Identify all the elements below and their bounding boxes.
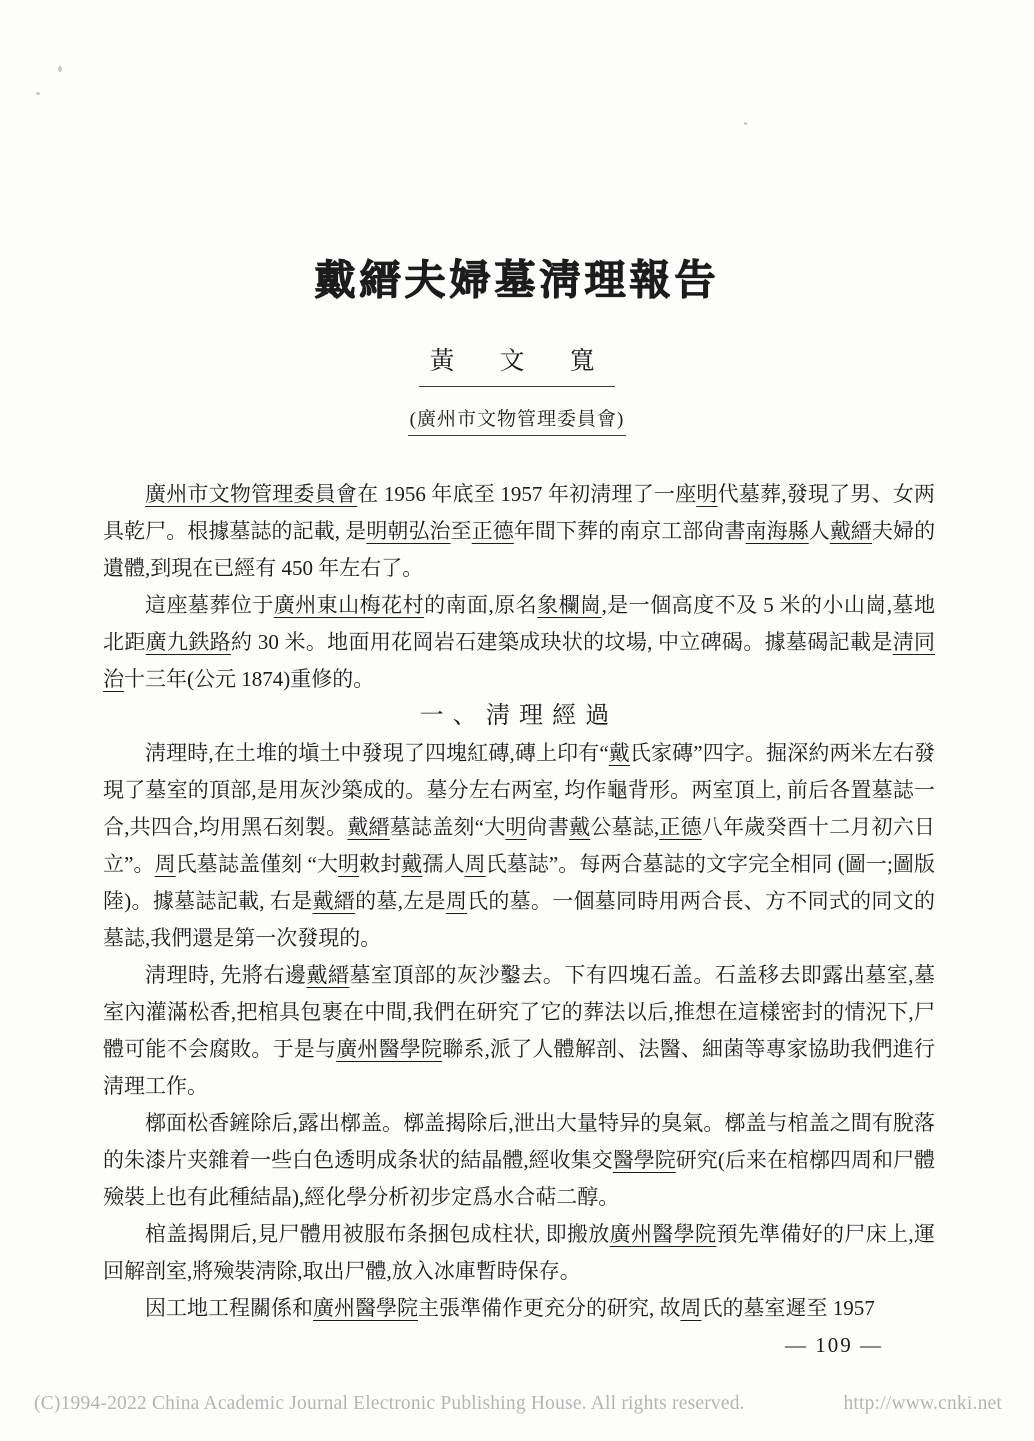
proper-noun: 戴 [401,852,422,876]
proper-noun: 正德 [659,815,702,839]
proper-noun: 戴縉 [347,815,389,839]
body-text: 約 30 米。地面用花岡岩石建築成玦状的坟場, 中立碑碣。據墓碣記載是 [231,630,893,654]
body-text: 的墓,左是 [355,889,446,913]
body-text: 敕封 [359,852,401,876]
proper-noun: 明 [338,852,359,876]
page-number: — 109 — [103,1333,935,1358]
proper-noun: 醫學院 [613,1148,676,1172]
proper-noun: 明朝 [366,519,408,543]
proper-noun: 正德 [472,519,514,543]
body-text: 孺人 [422,852,464,876]
proper-noun: 廣州醫學院 [610,1222,717,1246]
body-text: 主張準備作更充分的研究, 故 [418,1296,681,1320]
body-text: 墓誌盖刻“大 [390,815,506,839]
article-body: 廣州市文物管理委員會在 1956 年底至 1957 年初淸理了一座明代墓葬,發現… [103,476,935,1327]
body-text: 至 [451,519,472,543]
body-text: 氏墓誌盖僅刻 “大 [176,852,338,876]
paragraph: 這座墓葬位于廣州東山梅花村的南面,原名象欄崗,是一個高度不及 5 米的小山崗,墓… [103,587,935,698]
footer-url: http://www.cnki.net [843,1393,1002,1415]
body-text: 尙書 [527,815,569,839]
footer-copyright: (C)1994-2022 China Academic Journal Elec… [34,1393,745,1415]
body-text: 淸理時,在土堆的塡土中發現了四塊紅磚,磚上印有“ [145,741,609,765]
body-text: 棺盖揭開后,見尸體用被服布条捆包成柱状, 即搬放 [145,1222,610,1246]
body-text: 在 1956 年底至 1957 年初淸理了一座 [357,482,696,506]
proper-noun: 弘治 [408,519,450,543]
proper-noun: 廣州醫學院 [313,1296,418,1320]
affiliation-line: (廣州市文物管理委員會) [0,404,1034,436]
paragraph: 淸理時, 先將右邊戴縉墓室頂部的灰沙鑿去。下有四塊石盖。石盖移去即露出墓室,墓室… [103,957,935,1105]
body-text: 氏的墓室遲至 1957 [702,1296,875,1320]
paragraph: 淸理時,在土堆的塡土中發現了四塊紅磚,磚上印有“戴氏家磚”四字。掘深約两米左右發… [103,735,935,957]
body-text: 淸理時, 先將右邊 [145,963,306,987]
body-text: 因工地工程關係和 [145,1296,313,1320]
proper-noun: 廣州醫學院 [336,1037,442,1061]
proper-noun: 戴 [569,815,590,839]
body-text: 的南面,原名 [424,593,537,617]
paragraph: 因工地工程關係和廣州醫學院主張準備作更充分的研究, 故周氏的墓室遲至 1957 [103,1290,935,1327]
body-text: 年間下葬的南京工部尙書 [514,519,746,543]
scan-speck [744,122,747,125]
body-text: 十三年(公元 1874)重修的。 [124,667,374,691]
author-name: 黃 文 寬 [419,341,614,387]
proper-noun: 周 [681,1296,702,1320]
proper-noun: 廣州東山梅花村 [274,593,424,617]
proper-noun: 戴縉 [313,889,356,913]
proper-noun: 周 [155,852,176,876]
scan-speck [58,66,62,72]
proper-noun: 廣州市文物管理委員會 [145,482,357,506]
paragraph: 棺盖揭開后,見尸體用被服布条捆包成柱状, 即搬放廣州醫學院預先準備好的尸床上,運… [103,1216,935,1290]
proper-noun: 戴 [609,741,630,765]
scanned-page: 戴縉夫婦墓淸理報告 黃 文 寬 (廣州市文物管理委員會) 廣州市文物管理委員會在… [0,0,1034,1441]
author-line: 黃 文 寬 [0,341,1034,387]
proper-noun: 廣九鉄路 [146,630,231,654]
body-text: 公墓誌, [590,815,659,839]
section-heading: 一、淸理經過 [103,698,935,735]
proper-noun: 戴縉 [830,519,872,543]
scan-footer: (C)1994-2022 China Academic Journal Elec… [34,1393,1002,1415]
body-text: 人 [809,519,830,543]
document-title: 戴縉夫婦墓淸理報告 [0,0,1034,304]
proper-noun: 戴縉 [306,963,349,987]
proper-noun: 南海縣 [746,519,809,543]
scan-speck [36,92,40,95]
author-affiliation: (廣州市文物管理委員會) [408,404,627,436]
proper-noun: 周 [465,852,486,876]
proper-noun: 象欄崗 [537,593,601,617]
paragraph: 槨面松香鏟除后,露出槨盖。槨盖揭除后,泄出大量特异的臭氣。槨盖与棺盖之間有脫落的… [103,1105,935,1216]
body-text: 這座墓葬位于 [145,593,274,617]
paragraph: 廣州市文物管理委員會在 1956 年底至 1957 年初淸理了一座明代墓葬,發現… [103,476,935,587]
proper-noun: 明 [505,815,526,839]
proper-noun: 明 [696,482,717,506]
proper-noun: 周 [446,889,467,913]
